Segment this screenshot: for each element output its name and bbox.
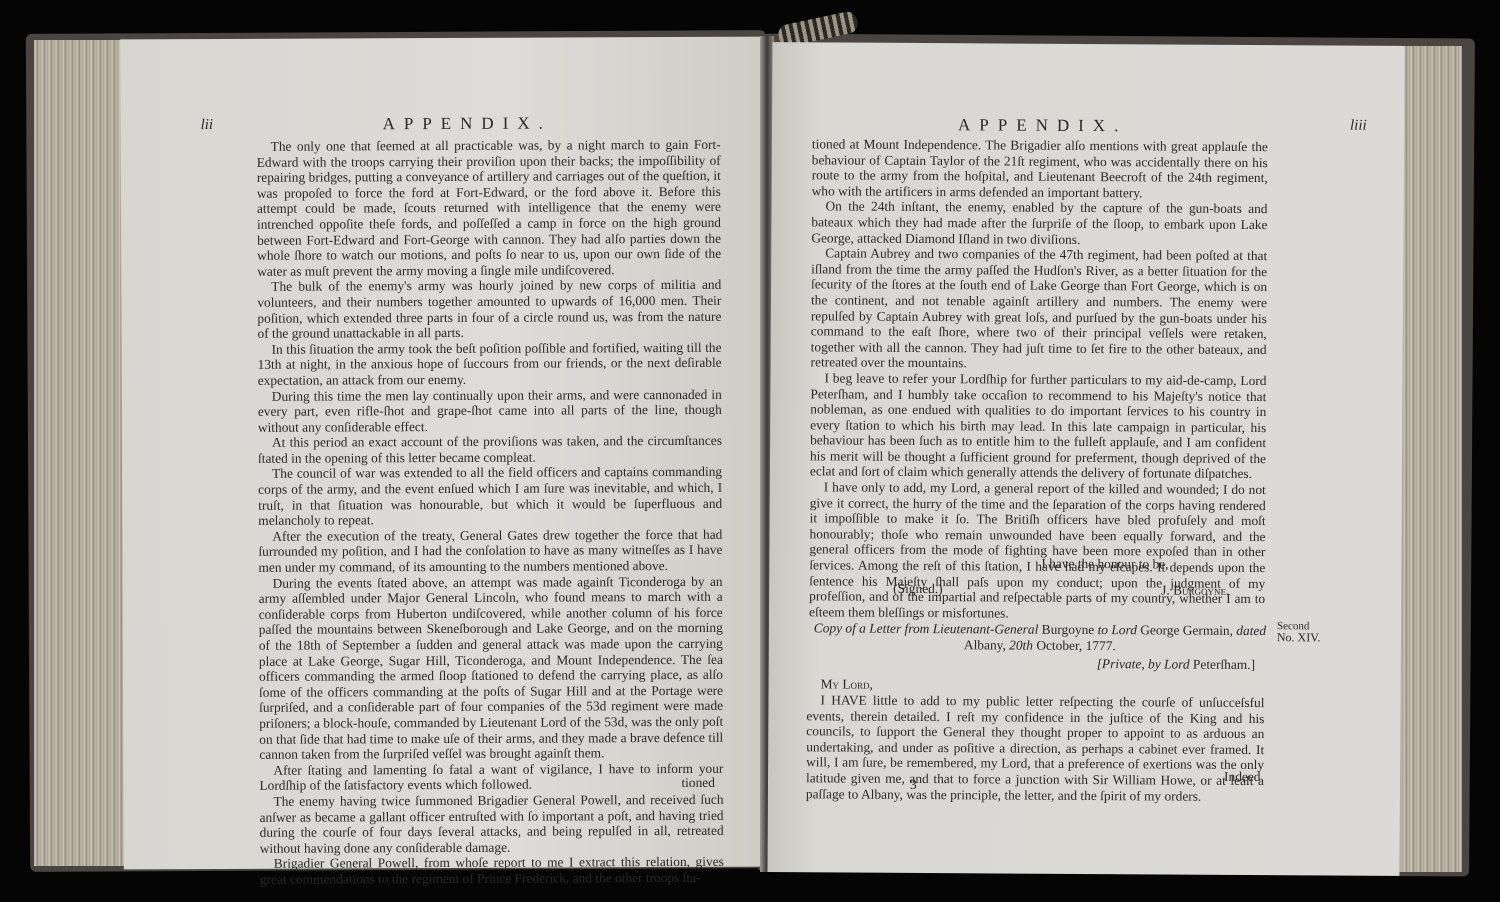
- paragraph: I have only to add, my Lord, a general r…: [809, 479, 1266, 622]
- signature: J. Burgoyne.: [1161, 582, 1229, 598]
- paragraph: The enemy having twice ſummoned Brigadie…: [259, 792, 723, 856]
- right-page: APPENDIX. liii tioned at Mount Independe…: [767, 42, 1404, 876]
- page-number-left: lii: [201, 117, 214, 134]
- letter-heading: Copy of a Letter from Lieutenant-General…: [805, 620, 1275, 655]
- signature-mark: 3: [910, 777, 917, 793]
- paragraph: At this period an exact account of the p…: [258, 433, 722, 466]
- right-page-text: tioned at Mount Independence. The Brigad…: [809, 136, 1268, 622]
- private-note-part: Peterſham.]: [1190, 657, 1256, 672]
- running-head-left: APPENDIX.: [383, 114, 552, 135]
- paragraph: In this ſituation the army took the beſt…: [258, 340, 722, 389]
- heading-part: 20th: [1009, 638, 1033, 653]
- left-page-text: The only one that ſeemed at all practica…: [257, 137, 724, 888]
- heading-part: George Germain,: [1137, 622, 1236, 638]
- closing-line: I have the honour to be,: [1041, 556, 1168, 573]
- paragraph: The council of war was extended to all t…: [258, 464, 722, 528]
- running-head-right: APPENDIX.: [958, 115, 1127, 136]
- heading-part: Copy of a Letter from Lieutenant-General: [814, 620, 1039, 636]
- private-note-part: [Private, by Lord: [1097, 656, 1190, 672]
- paragraph: On the 24th inſtant, the enemy, enabled …: [811, 199, 1267, 249]
- page-number-right: liii: [1350, 118, 1367, 135]
- paragraph: After the execution of the treaty, Gener…: [258, 527, 722, 576]
- heading-part: October, 1777.: [1033, 638, 1116, 654]
- paragraph: Captain Aubrey and two companies of the …: [811, 245, 1268, 373]
- paragraph: The only one that ſeemed at all practica…: [257, 137, 722, 279]
- signed-label: (Signed.): [893, 581, 943, 597]
- left-page: lii APPENDIX. The only one that ſeemed a…: [120, 37, 772, 870]
- paragraph: The bulk of the enemy's army was hourly …: [257, 277, 721, 341]
- heading-part: dated: [1236, 623, 1266, 638]
- page-edges-right: [1396, 46, 1462, 872]
- salutation: My Lord,: [821, 676, 873, 692]
- paragraph: During this time the men lay continually…: [258, 386, 722, 435]
- catchword-right: Indeed: [1224, 769, 1261, 785]
- paragraph: After ſtating and lamenting ſo fatal a w…: [259, 761, 723, 794]
- letter-body: I HAVE little to add to my public letter…: [806, 692, 1265, 804]
- page-edges-left: [34, 40, 126, 866]
- heading-part: to Lord: [1098, 622, 1137, 637]
- heading-part: Burgoyne: [1038, 622, 1097, 637]
- margin-note: Second No. XIV.: [1277, 621, 1321, 643]
- paragraph: Brigadier General Powell, from whoſe rep…: [260, 854, 724, 887]
- heading-part: Albany,: [964, 637, 1009, 652]
- paragraph: During the events ſtated above, an attem…: [259, 573, 724, 762]
- private-note: [Private, by Lord Peterſham.]: [1097, 656, 1255, 673]
- paragraph: tioned at Mount Independence. The Brigad…: [812, 136, 1268, 201]
- catchword-left: tioned: [681, 775, 715, 791]
- paragraph: I HAVE little to add to my public letter…: [806, 692, 1265, 804]
- paragraph: I beg leave to refer your Lordſhip for f…: [810, 370, 1267, 482]
- margin-note-line: No. XIV.: [1277, 632, 1321, 643]
